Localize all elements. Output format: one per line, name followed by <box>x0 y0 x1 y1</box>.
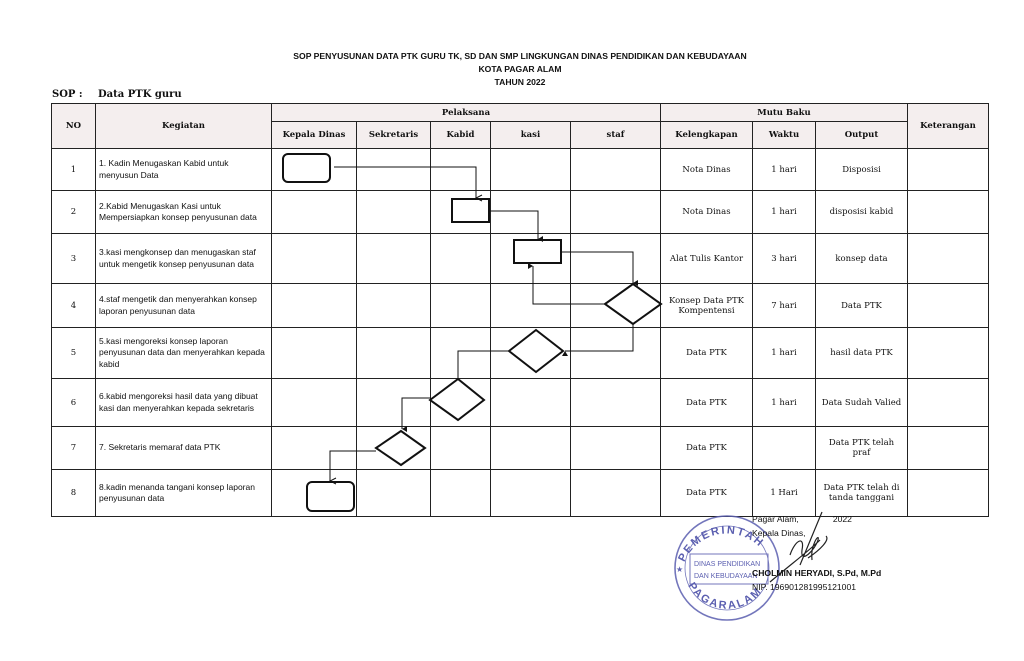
row-no: 5 <box>52 328 96 379</box>
row-kabid <box>431 191 491 234</box>
row-no: 4 <box>52 284 96 328</box>
row-kegiatan: 2.Kabid Menugaskan Kasi untuk Mempersiap… <box>96 191 272 234</box>
row-sekretaris <box>357 470 431 517</box>
row-kabid <box>431 284 491 328</box>
table-row: 66.kabid mengoreksi hasil data yang dibu… <box>52 379 989 427</box>
row-kabid <box>431 427 491 470</box>
sop-label: SOP : <box>52 89 98 100</box>
row-sekretaris <box>357 379 431 427</box>
row-kasi <box>491 427 571 470</box>
row-kelengkapan: Data PTK <box>661 427 753 470</box>
row-waktu: 1 hari <box>753 191 816 234</box>
row-kabid <box>431 379 491 427</box>
row-kegiatan: 4.staf mengetik dan menyerahkan konsep l… <box>96 284 272 328</box>
table-row: 88.kadin menanda tangani konsep laporan … <box>52 470 989 517</box>
header-keterangan: Keterangan <box>908 104 989 149</box>
row-sekretaris <box>357 427 431 470</box>
row-sekretaris <box>357 149 431 191</box>
row-waktu: 7 hari <box>753 284 816 328</box>
header-no: NO <box>52 104 96 149</box>
header-kepala-dinas: Kepala Dinas <box>272 122 357 149</box>
row-keterangan <box>908 379 989 427</box>
row-sekretaris <box>357 328 431 379</box>
header-kelengkapan: Kelengkapan <box>661 122 753 149</box>
row-output: konsep data <box>816 234 908 284</box>
row-kasi <box>491 149 571 191</box>
row-output: disposisi kabid <box>816 191 908 234</box>
table-row: 33.kasi mengkonsep dan menugaskan staf u… <box>52 234 989 284</box>
row-kasi <box>491 379 571 427</box>
row-kabid <box>431 328 491 379</box>
table-row: 77. Sekretaris memaraf data PTKData PTKD… <box>52 427 989 470</box>
row-kepala-dinas <box>272 149 357 191</box>
svg-text:★: ★ <box>676 565 683 574</box>
row-staf <box>571 234 661 284</box>
row-staf <box>571 328 661 379</box>
row-kepala-dinas <box>272 284 357 328</box>
row-keterangan <box>908 328 989 379</box>
header-kabid: Kabid <box>431 122 491 149</box>
handwritten-signature <box>760 510 840 590</box>
sop-table: NO Kegiatan Pelaksana Mutu Baku Keterang… <box>51 103 989 517</box>
row-keterangan <box>908 284 989 328</box>
document-title-line-3: TAHUN 2022 <box>0 76 1024 88</box>
row-no: 8 <box>52 470 96 517</box>
row-keterangan <box>908 191 989 234</box>
row-staf <box>571 427 661 470</box>
row-staf <box>571 149 661 191</box>
row-kabid <box>431 149 491 191</box>
row-no: 1 <box>52 149 96 191</box>
row-no: 7 <box>52 427 96 470</box>
row-kelengkapan: Data PTK <box>661 328 753 379</box>
row-output: Data PTK telah praf <box>816 427 908 470</box>
row-kelengkapan: Nota Dinas <box>661 149 753 191</box>
row-kegiatan: 1. Kadin Menugaskan Kabid untuk menyusun… <box>96 149 272 191</box>
document-title-line-2: KOTA PAGAR ALAM <box>0 63 1024 75</box>
sop-heading: SOP :Data PTK guru <box>52 89 182 100</box>
header-output: Output <box>816 122 908 149</box>
row-waktu: 1 hari <box>753 379 816 427</box>
row-kasi <box>491 284 571 328</box>
row-kegiatan: 7. Sekretaris memaraf data PTK <box>96 427 272 470</box>
row-waktu: 3 hari <box>753 234 816 284</box>
row-kegiatan: 3.kasi mengkonsep dan menugaskan staf un… <box>96 234 272 284</box>
row-kegiatan: 8.kadin menanda tangani konsep laporan p… <box>96 470 272 517</box>
row-output: hasil data PTK <box>816 328 908 379</box>
row-no: 3 <box>52 234 96 284</box>
row-waktu: 1 hari <box>753 328 816 379</box>
row-kasi <box>491 470 571 517</box>
row-kegiatan: 6.kabid mengoreksi hasil data yang dibua… <box>96 379 272 427</box>
header-kasi: kasi <box>491 122 571 149</box>
row-keterangan <box>908 149 989 191</box>
header-kegiatan: Kegiatan <box>96 104 272 149</box>
table-row: 22.Kabid Menugaskan Kasi untuk Mempersia… <box>52 191 989 234</box>
row-staf <box>571 284 661 328</box>
row-no: 6 <box>52 379 96 427</box>
table-row: 11. Kadin Menugaskan Kabid untuk menyusu… <box>52 149 989 191</box>
row-kepala-dinas <box>272 234 357 284</box>
row-staf <box>571 470 661 517</box>
header-waktu: Waktu <box>753 122 816 149</box>
row-kepala-dinas <box>272 470 357 517</box>
row-kelengkapan: Konsep Data PTK Kompentensi <box>661 284 753 328</box>
document-title-line-1: SOP PENYUSUNAN DATA PTK GURU TK, SD DAN … <box>0 50 1024 62</box>
row-keterangan <box>908 234 989 284</box>
table-row: 55.kasi mengoreksi konsep laporan penyus… <box>52 328 989 379</box>
row-staf <box>571 191 661 234</box>
header-mutu-baku: Mutu Baku <box>661 104 908 122</box>
row-kasi <box>491 328 571 379</box>
stamp-center-line-2: DAN KEBUDAYAAN <box>694 573 758 580</box>
row-kepala-dinas <box>272 328 357 379</box>
row-keterangan <box>908 427 989 470</box>
row-kabid <box>431 470 491 517</box>
row-waktu <box>753 427 816 470</box>
row-staf <box>571 379 661 427</box>
row-output: Disposisi <box>816 149 908 191</box>
row-waktu: 1 hari <box>753 149 816 191</box>
row-sekretaris <box>357 284 431 328</box>
row-kasi <box>491 234 571 284</box>
row-kepala-dinas <box>272 379 357 427</box>
row-kelengkapan: Alat Tulis Kantor <box>661 234 753 284</box>
row-no: 2 <box>52 191 96 234</box>
row-kasi <box>491 191 571 234</box>
row-kegiatan: 5.kasi mengoreksi konsep laporan penyusu… <box>96 328 272 379</box>
sop-value: Data PTK guru <box>98 89 182 100</box>
header-staf: staf <box>571 122 661 149</box>
row-keterangan <box>908 470 989 517</box>
row-kabid <box>431 234 491 284</box>
row-kepala-dinas <box>272 191 357 234</box>
stamp-center-line-1: DINAS PENDIDIKAN <box>694 561 760 568</box>
row-kelengkapan: Nota Dinas <box>661 191 753 234</box>
row-kelengkapan: Data PTK <box>661 379 753 427</box>
row-output: Data Sudah Valied <box>816 379 908 427</box>
row-kepala-dinas <box>272 427 357 470</box>
header-sekretaris: Sekretaris <box>357 122 431 149</box>
table-row: 44.staf mengetik dan menyerahkan konsep … <box>52 284 989 328</box>
row-output: Data PTK <box>816 284 908 328</box>
row-sekretaris <box>357 191 431 234</box>
header-pelaksana: Pelaksana <box>272 104 661 122</box>
row-sekretaris <box>357 234 431 284</box>
